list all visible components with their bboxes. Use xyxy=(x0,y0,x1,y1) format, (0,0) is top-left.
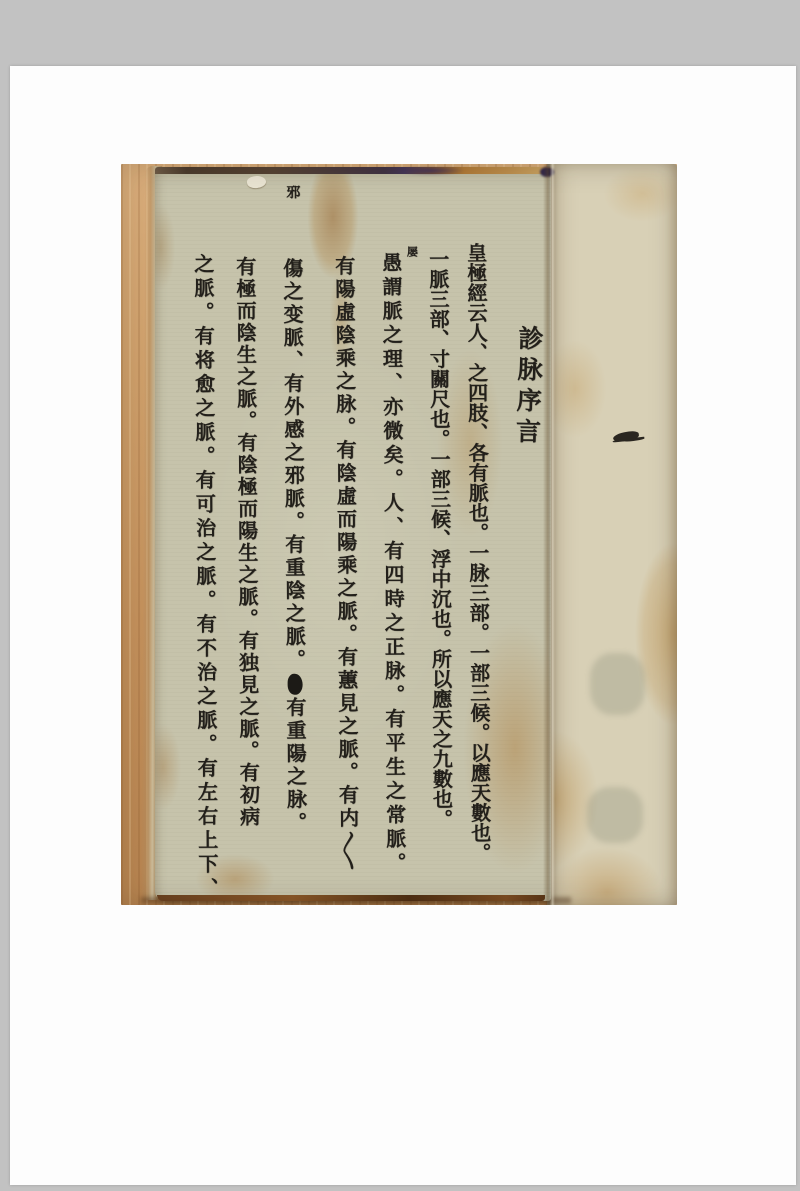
text-column: 傷之变脈、有外感之邪脈。有重陰之脈。有重陽之脉。 xyxy=(274,258,314,835)
text-segment: 傷之变脈、有外感之邪脈。有重陰之脈。 xyxy=(280,258,307,672)
manuscript-title: 診脉序言 xyxy=(504,325,552,450)
text-column: 一脈三部、寸關尺也。一部三候、浮中沉也。所以應天之九數也。 xyxy=(420,249,460,829)
manuscript-photo: 邪 屡 診脉序言 皇極經云人、之四肢、各有脈也。一脉三部。一部三候。以應天數也。… xyxy=(121,164,677,905)
text-column: 有極而陰生之脈。有陰極而陽生之脈。有独見之脈。有初病 xyxy=(227,256,267,828)
text-column: 愚謂脈之理、亦微矣。人、有四時之正脉。有平生之常脈。 xyxy=(373,252,413,876)
text-column: 皇極經云人、之四肢、各有脈也。一脉三部。一部三候。以應天數也。 xyxy=(458,242,498,862)
ink-blot xyxy=(287,674,302,695)
document-page: 邪 屡 診脉序言 皇極經云人、之四肢、各有脈也。一脉三部。一部三候。以應天數也。… xyxy=(10,66,796,1185)
calligraphy-text-layer: 邪 屡 診脉序言 皇極經云人、之四肢、各有脈也。一脉三部。一部三候。以應天數也。… xyxy=(121,164,677,905)
text-column: 之脈。有将愈之脈。有可治之脈。有不治之脈。有左右上下、 xyxy=(185,253,226,901)
text-segment: 有重陽之脉。 xyxy=(283,697,308,835)
margin-character: 邪 xyxy=(279,185,304,199)
text-column: 有陽虛陰乘之脉。有陰虛而陽乘之脈。有蕙見之脈。有内〱 xyxy=(326,255,366,873)
